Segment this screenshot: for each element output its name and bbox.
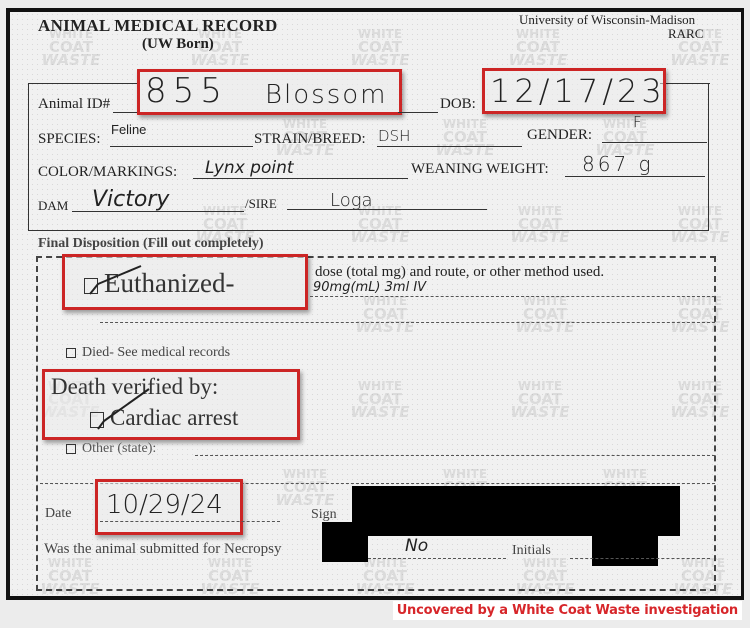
dob-value: 12/17/23 <box>490 72 666 110</box>
info-box-border <box>28 83 138 84</box>
other-label: Other (state): <box>82 441 156 456</box>
redaction-initials <box>592 534 658 566</box>
redaction-signature <box>322 522 368 562</box>
died-checkbox[interactable] <box>66 348 76 358</box>
field-underline <box>398 112 438 113</box>
date-line <box>100 521 280 522</box>
field-underline <box>602 142 707 143</box>
date-value: 10/29/24 <box>106 490 223 520</box>
field-underline <box>193 178 408 179</box>
strain-value: DSH <box>378 127 410 145</box>
field-underline <box>110 146 253 147</box>
disposition-section-title: Final Disposition (Fill out completely) <box>38 236 264 252</box>
unit-name: RARC <box>668 26 703 42</box>
necropsy-line <box>368 558 506 559</box>
weaning-value: 867 g <box>582 152 654 176</box>
gender-value: F <box>633 113 642 131</box>
sire-label: /SIRE <box>245 196 277 212</box>
dam-label: DAM <box>38 198 68 214</box>
gender-label: GENDER: <box>527 127 592 144</box>
field-underline <box>287 209 487 210</box>
initials-label: Initials <box>512 543 551 559</box>
field-underline <box>72 211 244 212</box>
checkmark-icon <box>94 385 154 435</box>
sign-label: Sign <box>311 507 337 523</box>
other-checkbox[interactable] <box>66 444 76 454</box>
died-option: Died- See medical records <box>66 345 230 361</box>
dam-value: Victory <box>92 187 169 212</box>
initials-line <box>570 558 710 559</box>
other-line <box>195 455 715 456</box>
animal-name-value: Blossom <box>265 80 387 110</box>
dose-instructions: dose (total mg) and route, or other meth… <box>315 264 604 281</box>
dob-label: DOB: <box>440 96 476 113</box>
necropsy-value: No <box>405 536 428 556</box>
checkmark-icon <box>86 262 146 302</box>
redaction-signature <box>352 486 680 536</box>
dose-value: 90mg(mL) 3ml IV <box>313 280 426 295</box>
necropsy-label: Was the animal submitted for Necropsy <box>44 541 281 558</box>
species-value: Feline <box>111 122 146 137</box>
died-label: Died- See medical records <box>82 345 230 360</box>
date-label: Date <box>45 506 71 522</box>
species-label: SPECIES: <box>38 131 101 148</box>
sire-value: Loga <box>330 190 373 211</box>
document-subtitle: (UW Born) <box>142 36 214 53</box>
dose-line <box>100 322 715 323</box>
animal-id-value: 855 <box>145 71 228 111</box>
info-box-border <box>660 83 710 84</box>
color-value: Lynx point <box>205 158 294 178</box>
dose-line <box>310 296 715 297</box>
investigation-caption: Uncovered by a White Coat Waste investig… <box>393 601 742 620</box>
document-title: ANIMAL MEDICAL RECORD <box>38 16 278 36</box>
field-underline <box>377 146 522 147</box>
animal-id-label: Animal ID# <box>38 96 110 113</box>
strain-label: STRAIN/BREED: <box>254 131 366 148</box>
color-label: COLOR/MARKINGS: <box>38 164 177 181</box>
field-underline <box>565 176 705 177</box>
other-option: Other (state): <box>66 441 156 457</box>
weaning-label: WEANING WEIGHT: <box>411 161 549 178</box>
